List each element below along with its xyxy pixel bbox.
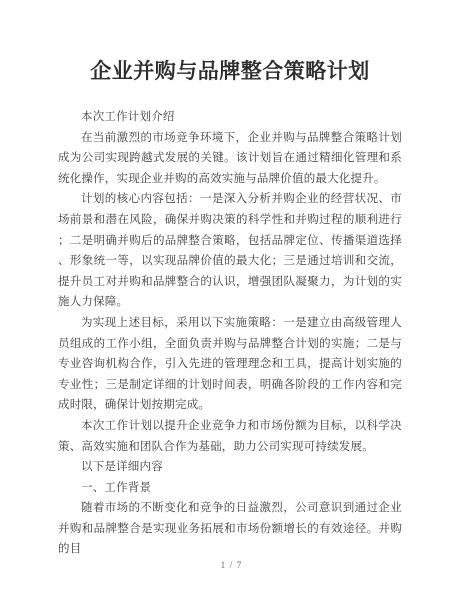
paragraph: 随着市场的不断变化和竞争的日益激烈，公司意识到通过企业并购和品牌整合是实现业务拓…	[58, 498, 402, 560]
paragraph: 一、工作背景	[58, 478, 402, 499]
paragraph: 在当前激烈的市场竞争环境下，企业并购与品牌整合策略计划成为公司实现跨越式发展的关…	[58, 128, 402, 190]
document-body: 本次工作计划介绍在当前激烈的市场竞争环境下，企业并购与品牌整合策略计划成为公司实…	[58, 107, 402, 560]
document-page: 企业并购与品牌整合策略计划 本次工作计划介绍在当前激烈的市场竞争环境下，企业并购…	[0, 0, 463, 600]
paragraph: 本次工作计划介绍	[58, 107, 402, 128]
paragraph: 本次工作计划以提升企业竞争力和市场份额为目标，以科学决策、高效实施和团队合作为基…	[58, 416, 402, 457]
paragraph: 为实现上述目标，采用以下实施策略：一是建立由高级管理人员组成的工作小组，全面负责…	[58, 313, 402, 416]
paragraph: 计划的核心内容包括：一是深入分析并购企业的经营状况、市场前景和潜在风险，确保并购…	[58, 189, 402, 313]
document-title: 企业并购与品牌整合策略计划	[58, 57, 402, 86]
page-number: 1 / 7	[0, 560, 463, 572]
paragraph: 以下是详细内容	[58, 457, 402, 478]
